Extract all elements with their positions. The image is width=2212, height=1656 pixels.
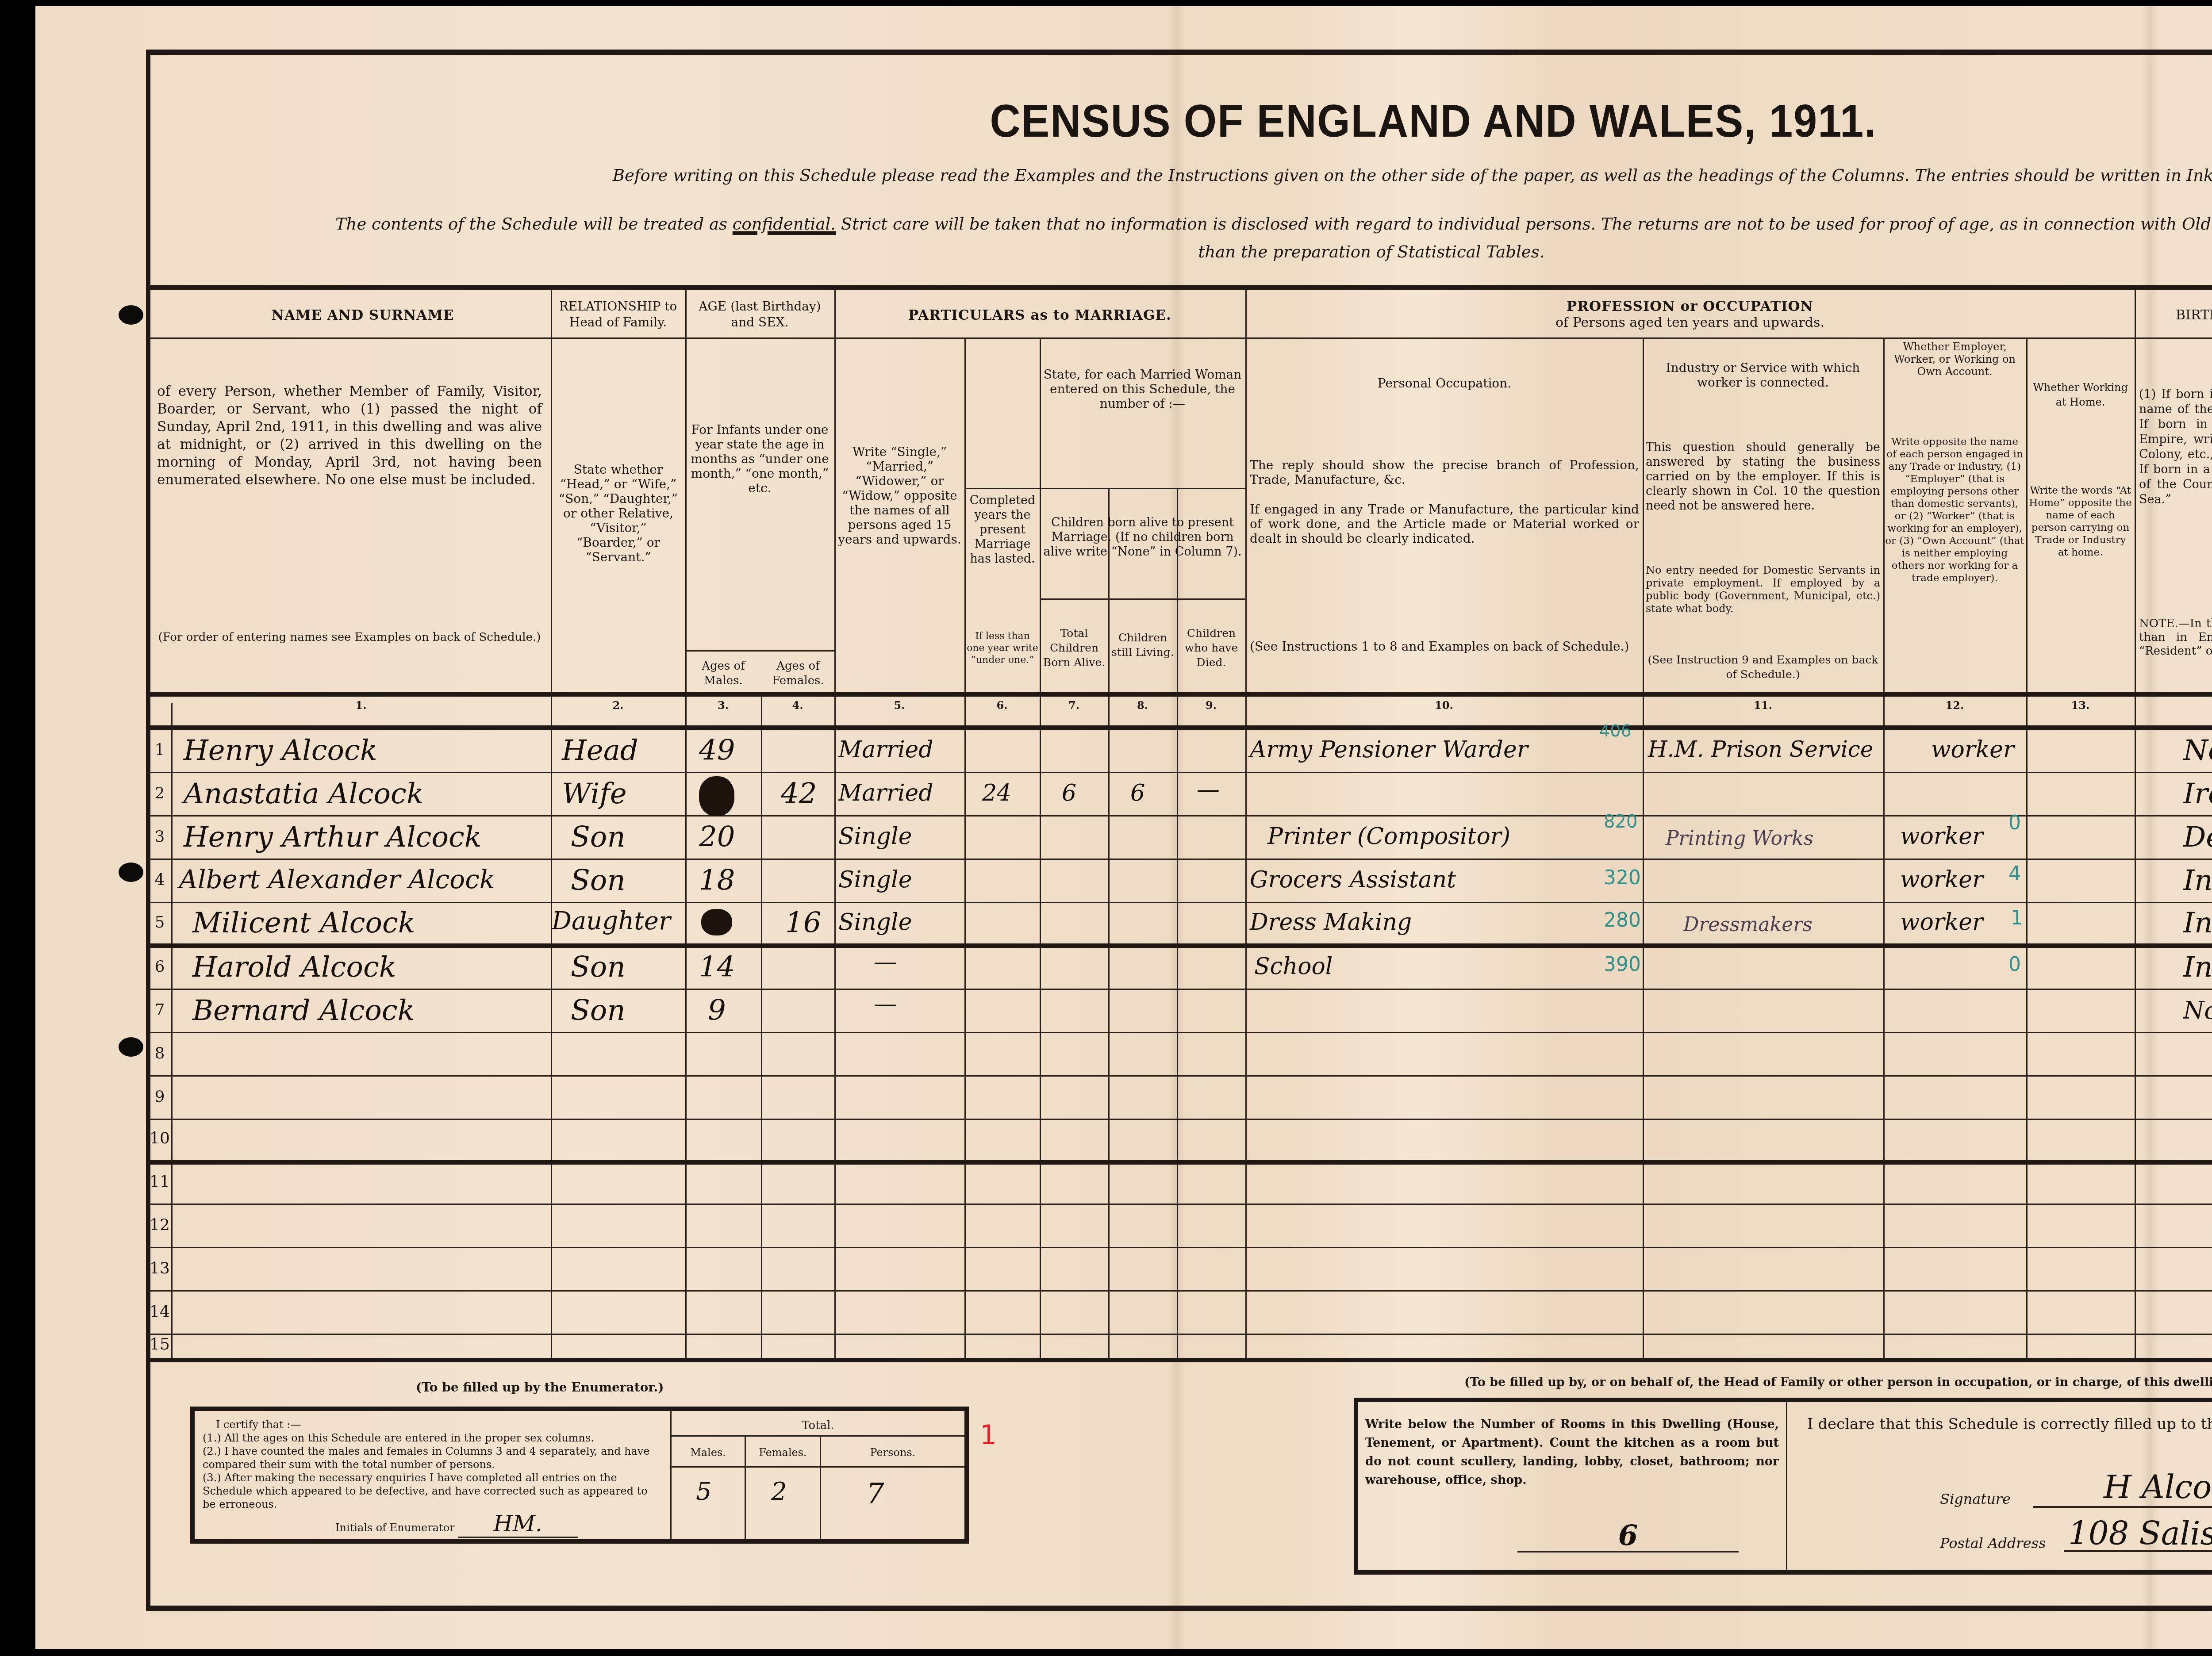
confidential-notice: The contents of the Schedule will be tre… <box>177 215 2212 234</box>
col-desc-industry-2: No entry needed for Domestic Servants in… <box>1646 564 1880 615</box>
initials-value[interactable]: HM. <box>458 1511 578 1538</box>
col-header-industry: Industry or Service with which worker is… <box>1646 360 1880 390</box>
col-header-marriage: PARTICULARS as to MARRIAGE. <box>835 307 1244 324</box>
declaration: I declare that this Schedule is correctl… <box>1794 1402 2212 1570</box>
cell-name[interactable]: Henry Alcock <box>184 734 377 767</box>
cell-name[interactable]: Albert Alexander Alcock <box>179 864 495 894</box>
cell-age-male[interactable]: 14 <box>699 951 735 984</box>
red-tally-mark: 1 <box>980 1420 997 1451</box>
row-number: 11 <box>148 1173 171 1191</box>
certificate-text: I certify that :— (1.) All the ages on t… <box>203 1418 663 1534</box>
cell-marital[interactable]: — <box>874 949 897 975</box>
cell-relationship[interactable]: Son <box>571 864 626 897</box>
col-header-males: Ages of Males. <box>686 659 760 688</box>
cell-birthplace[interactable]: India Punjab <box>2183 951 2212 984</box>
col-desc-children: Children born alive to present Marriage.… <box>1042 515 1243 559</box>
cell-birthplace[interactable]: India Punjab <box>2183 907 2212 939</box>
cell-relationship[interactable]: Son <box>571 994 626 1027</box>
col-header-total-children: Total Children Born Alive. <box>1041 626 1107 670</box>
cell-age-male[interactable]: 9 <box>708 994 726 1027</box>
row-number: 9 <box>148 1088 171 1106</box>
col-header-age: AGE (last Birthday) and SEX. <box>686 299 833 330</box>
cell-marital[interactable]: Married <box>838 736 933 763</box>
cell-employer-status[interactable]: worker <box>1931 736 2014 763</box>
col-header-children-living: Children still Living. <box>1110 630 1176 659</box>
cell-children-living[interactable]: 6 <box>1130 780 1145 806</box>
cell-birthplace[interactable]: India Punjab <box>2183 864 2212 897</box>
page-title: CENSUS OF ENGLAND AND WALES, 1911. <box>986 95 1881 148</box>
punch-hole <box>119 862 143 882</box>
cell-employer-code: 0 <box>2008 953 2021 976</box>
cell-employer-status[interactable]: worker <box>1900 823 1983 850</box>
cell-age-male[interactable]: 49 <box>699 734 735 767</box>
col-desc-years-married: Completed years the present Marriage has… <box>967 493 1038 566</box>
cell-occupation[interactable]: Dress Making <box>1250 909 1412 935</box>
signature-value[interactable]: H Alcock <box>2104 1468 2212 1506</box>
cell-relationship[interactable]: Son <box>571 951 626 984</box>
row-number: 15 <box>148 1335 171 1353</box>
cell-industry[interactable]: H.M. Prison Service <box>1648 736 1873 762</box>
cell-marital[interactable]: Single <box>838 909 912 935</box>
col-desc-relationship: State whether “Head,” or “Wife,” “Son,” … <box>555 462 681 564</box>
col-desc-employer: Write opposite the name of each person e… <box>1885 436 2024 584</box>
cell-occupation[interactable]: Army Pensioner Warder <box>1250 736 1528 763</box>
females-total[interactable]: 2 <box>771 1477 787 1506</box>
cell-relationship[interactable]: Son <box>571 821 626 854</box>
cell-occupation[interactable]: Printer (Compositor) <box>1267 823 1510 850</box>
cell-occupation-code: 320 <box>1604 866 1641 889</box>
col-note-years-married: If less than one year write “under one.” <box>967 630 1038 666</box>
cell-marital[interactable]: Single <box>838 866 912 893</box>
cell-occupation[interactable]: Grocers Assistant <box>1250 866 1456 893</box>
cell-occupation-code: 390 <box>1604 953 1641 976</box>
col-header-relationship: RELATIONSHIP to Head of Family. <box>552 299 684 330</box>
col-desc-marital: Write “Single,” “Married,” “Widower,” or… <box>837 445 963 547</box>
col-desc-at-home: Write the words “At Home” opposite the n… <box>2028 484 2132 559</box>
cell-name[interactable]: Bernard Alcock <box>192 994 415 1027</box>
cell-name[interactable]: Anastatia Alcock <box>184 778 424 810</box>
cell-name[interactable]: Milicent Alcock <box>192 907 415 939</box>
col-header-personal-occupation: Personal Occupation. <box>1250 376 1639 391</box>
row-number: 12 <box>148 1216 171 1234</box>
rooms-instructions: Write below the Number of Rooms in this … <box>1358 1402 1787 1570</box>
cell-years-married[interactable]: 24 <box>982 780 1011 806</box>
cell-relationship[interactable]: Head <box>562 734 638 767</box>
col-desc-name: of every Person, whether Member of Famil… <box>157 383 542 489</box>
col-header-name: NAME AND SURNAME <box>175 307 551 324</box>
cell-relationship[interactable]: Wife <box>562 778 627 810</box>
cell-children-died[interactable]: — <box>1197 776 1220 803</box>
confidential-notice-line2: than the preparation of Statistical Tabl… <box>973 242 1770 261</box>
ink-blot <box>699 776 734 816</box>
row-number: 5 <box>148 913 171 931</box>
cell-age-male[interactable]: 18 <box>699 864 735 897</box>
cell-marital[interactable]: Single <box>838 823 912 850</box>
cell-age-female[interactable]: 16 <box>785 907 821 939</box>
males-label: Males. <box>672 1446 745 1459</box>
cell-name[interactable]: Henry Arthur Alcock <box>184 821 482 854</box>
col-header-females: Ages of Females. <box>762 659 834 688</box>
cell-occupation-code: 820 <box>1604 812 1637 832</box>
row-number: 8 <box>148 1044 171 1062</box>
row-number: 13 <box>148 1259 171 1277</box>
cell-employer-status[interactable]: worker <box>1900 909 1983 935</box>
cell-birthplace[interactable]: Ireland Kilkenny <box>2183 778 2212 810</box>
enumerator-certificate-box: I certify that :— (1.) All the ages on t… <box>190 1407 969 1544</box>
rooms-count[interactable]: 6 <box>1618 1519 1638 1552</box>
postal-address-label: Postal Address <box>1940 1535 2046 1552</box>
row-number: 7 <box>148 1001 171 1019</box>
cell-age-male[interactable]: 20 <box>699 821 735 854</box>
cell-birthplace[interactable]: Derbyshire Derby <box>2183 821 2212 854</box>
cell-age-female[interactable]: 42 <box>781 778 817 810</box>
row-number: 14 <box>148 1303 171 1321</box>
row-number: 4 <box>148 871 171 889</box>
row-number: 1 <box>148 741 171 759</box>
males-total[interactable]: 5 <box>696 1477 712 1506</box>
postal-address-value[interactable]: 108 Salisbury St. Bedford <box>2068 1515 2212 1552</box>
cell-employer-code: 0 <box>2008 812 2021 834</box>
census-table: NAME AND SURNAME of every Person, whethe… <box>148 285 2212 1358</box>
signature-label: Signature <box>1940 1491 2011 1507</box>
cell-marital[interactable]: — <box>874 991 897 1017</box>
punch-hole <box>119 305 143 325</box>
cell-occupation-code: 280 <box>1604 909 1641 931</box>
instruction-line: Before writing on this Schedule please r… <box>487 166 2212 185</box>
cell-industry[interactable]: Dressmakers <box>1683 913 1813 936</box>
row-number: 3 <box>148 828 171 846</box>
cell-employer-code: 4 <box>2008 862 2021 885</box>
cell-birthplace[interactable]: Notts Newark <box>2183 734 2212 767</box>
confidential-word: confidential. <box>733 215 836 234</box>
col-header-at-home: Whether Working at Home. <box>2028 380 2132 410</box>
col-header-children-died: Children who have Died. <box>1178 626 1244 670</box>
persons-total[interactable]: 7 <box>866 1477 884 1510</box>
col-desc-occupation-1: The reply should show the precise branch… <box>1250 458 1639 487</box>
row-number: 6 <box>148 958 171 976</box>
punch-hole <box>119 1037 143 1057</box>
females-label: Females. <box>746 1446 820 1459</box>
persons-label: Persons. <box>821 1446 964 1459</box>
ink-blot <box>701 909 732 935</box>
cell-industry[interactable]: Printing Works <box>1666 827 1813 850</box>
cell-employer-code: 1 <box>2011 907 2023 929</box>
col-desc-occupation-2: If engaged in any Trade or Manufacture, … <box>1250 502 1639 546</box>
cell-employer-status[interactable]: worker <box>1900 866 1983 893</box>
row-number: 2 <box>148 784 171 802</box>
row-number: 10 <box>148 1129 171 1147</box>
cell-birthplace[interactable]: Northants Peterborough <box>2183 997 2212 1024</box>
cell-relationship[interactable]: Daughter <box>552 907 671 935</box>
household-declaration-box: Write below the Number of Rooms in this … <box>1354 1398 2212 1575</box>
col-desc-age: For Infants under one year state the age… <box>688 422 832 495</box>
cell-children-born[interactable]: 6 <box>1062 780 1076 806</box>
cell-occupation[interactable]: School <box>1254 953 1333 980</box>
totals-table: Total. Males. Females. Persons. 5 2 7 <box>670 1411 964 1539</box>
col-desc-birthplace: (1) If born in the United Kingdom, write… <box>2139 387 2212 507</box>
cell-occupation-code: 406 <box>1599 721 1632 740</box>
enumerator-caption: (To be filled up by the Enumerator.) <box>416 1380 664 1395</box>
cell-name[interactable]: Harold Alcock <box>192 951 396 984</box>
col-note-name: (For order of entering names see Example… <box>157 630 542 645</box>
col-header-birthplace: BIRTHPLACE of every person. <box>2136 307 2212 323</box>
col-header-occupation: PROFESSION or OCCUPATIONof Persons aged … <box>1246 299 2134 331</box>
cell-marital[interactable]: Married <box>838 780 933 806</box>
initials-label: Initials of Enumerator <box>335 1522 455 1534</box>
col-header-employer: Whether Employer, Worker, or Working on … <box>1885 341 2024 378</box>
col-note-industry: (See Instruction 9 and Examples on back … <box>1646 652 1880 682</box>
col-note-birthplace: NOTE.—In the case of persons born elsewh… <box>2139 617 2212 658</box>
col-desc-industry: This question should generally be answer… <box>1646 440 1880 513</box>
household-caption: (To be filled up by, or on behalf of, th… <box>1464 1376 2212 1389</box>
col-note-occupation: (See Instructions 1 to 8 and Examples on… <box>1250 639 1639 654</box>
col-desc-married-woman: State, for each Married Woman entered on… <box>1042 367 1243 411</box>
